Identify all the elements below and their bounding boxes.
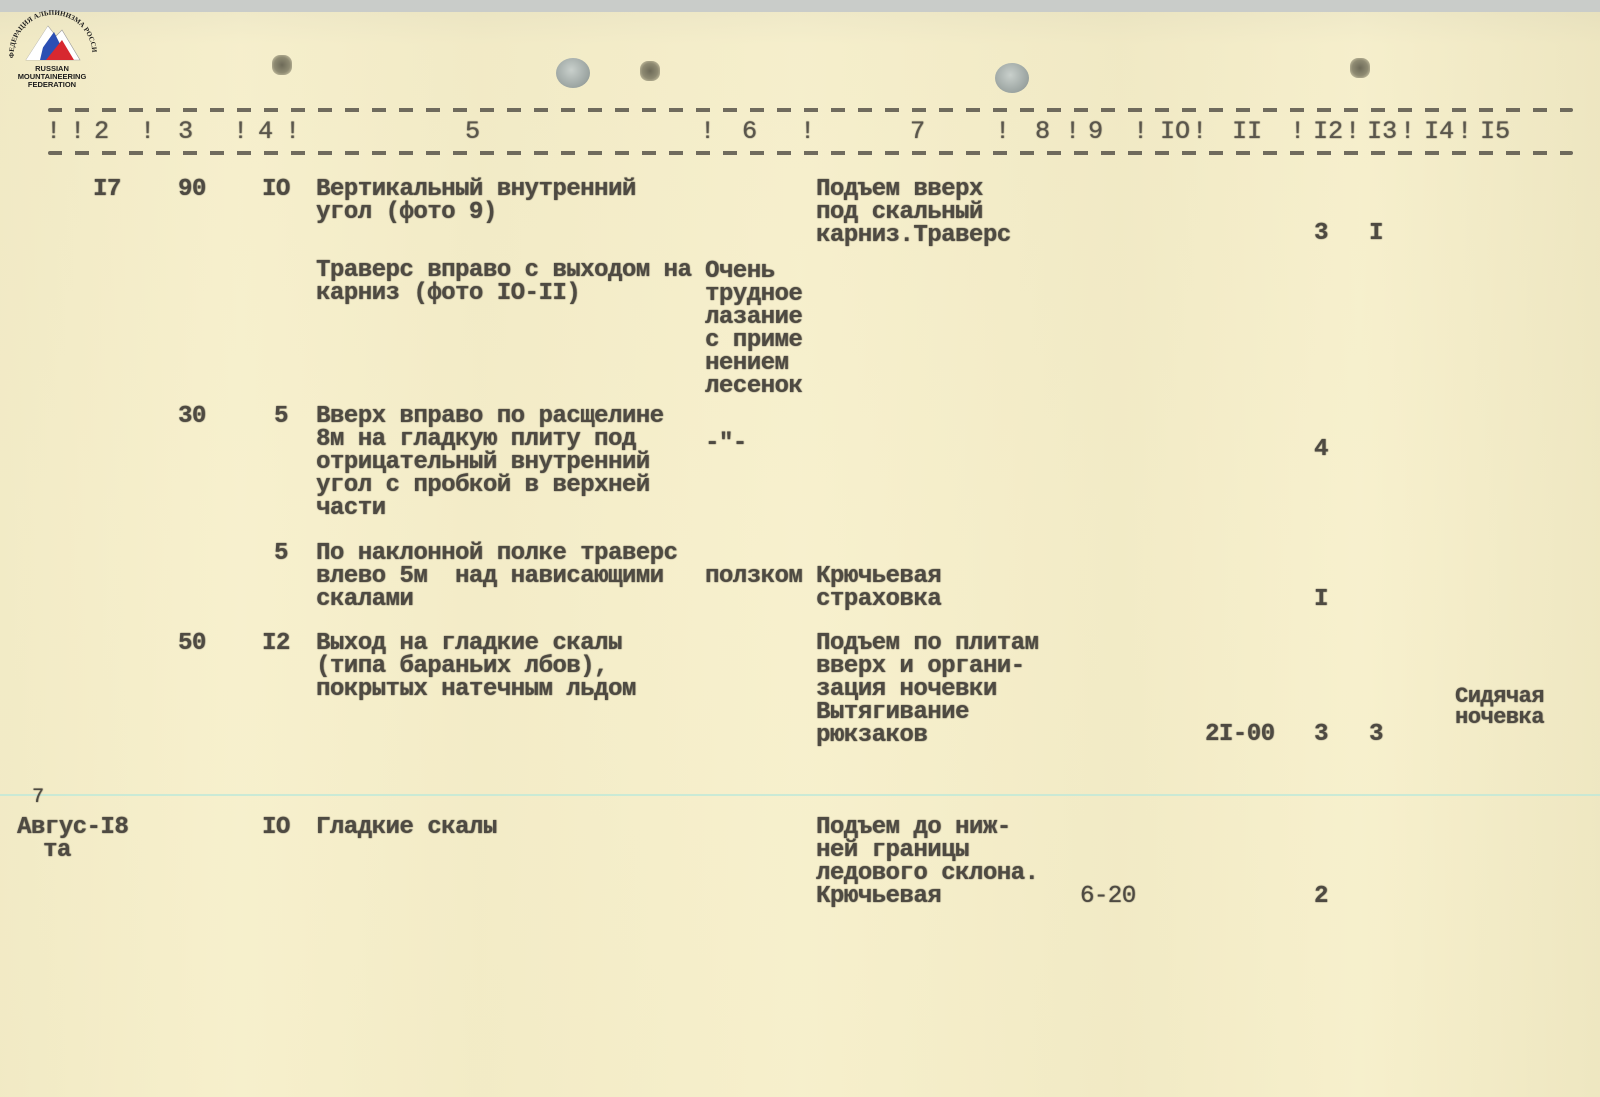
cell-terrain: Вертикальный внутренний угол (фото 9) bbox=[316, 178, 636, 224]
header-col-4: 4 bbox=[258, 120, 273, 143]
header-col-10: IO bbox=[1160, 120, 1190, 143]
cell-col-13: I bbox=[1369, 222, 1383, 245]
handwritten-note: 7 bbox=[32, 786, 44, 809]
header-sep: ! bbox=[1345, 120, 1360, 143]
cell-terrain: По наклонной полке траверс влево 5м над … bbox=[316, 542, 677, 611]
cell-time: 6-20 bbox=[1080, 885, 1136, 908]
header-col-5: 5 bbox=[465, 120, 480, 143]
cell-difficulty: Очень трудное лазание с приме нением лес… bbox=[705, 260, 802, 398]
header-sep: ! bbox=[285, 120, 300, 143]
header-sep: ! bbox=[1400, 120, 1415, 143]
header-col-12: I2 bbox=[1313, 120, 1343, 143]
cell-length: 5 bbox=[274, 542, 288, 565]
cell-length: I2 bbox=[262, 632, 290, 655]
logo-line-3: FEDERATION bbox=[4, 81, 100, 89]
cell-length: IO bbox=[262, 178, 290, 201]
header-col-8: 8 bbox=[1035, 120, 1050, 143]
cell-terrain: Траверс вправо с выходом на карниз (фото… bbox=[316, 259, 691, 305]
cell-col-12: 2 bbox=[1314, 885, 1328, 908]
cell-angle: 90 bbox=[178, 178, 206, 201]
cell-terrain: Гладкие скалы bbox=[316, 816, 497, 839]
cell-length: 5 bbox=[274, 405, 288, 428]
header-rule-bottom bbox=[48, 151, 1573, 155]
cell-section-number: I7 bbox=[93, 178, 121, 201]
header-sep: ! bbox=[995, 120, 1010, 143]
cell-angle: 30 bbox=[178, 405, 206, 428]
header-sep: ! bbox=[1065, 120, 1080, 143]
scan-top-edge bbox=[0, 0, 1600, 12]
cell-col-13: 3 bbox=[1369, 723, 1383, 746]
header-sep: ! bbox=[800, 120, 815, 143]
header-col-11: II bbox=[1232, 120, 1262, 143]
cell-col-12: 4 bbox=[1314, 438, 1328, 461]
cell-difficulty: ползком bbox=[705, 565, 802, 588]
header-col-6: 6 bbox=[742, 120, 757, 143]
header-col-3: 3 bbox=[178, 120, 193, 143]
cell-terrain: Вверх вправо по расщелине 8м на гладкую … bbox=[316, 405, 664, 520]
header-sep: ! bbox=[1457, 120, 1472, 143]
header-col-2: 2 bbox=[94, 120, 109, 143]
cell-col-12: 3 bbox=[1314, 723, 1328, 746]
cell-difficulty-ditto: -"- bbox=[705, 432, 747, 455]
punch-hole bbox=[995, 63, 1029, 93]
cell-technique: Подъем вверх под скальный карниз.Траверс bbox=[816, 178, 1011, 247]
header-col-15: I5 bbox=[1480, 120, 1510, 143]
federation-logo: ФЕДЕРАЦИЯ АЛЬПИНИЗМА РОССИИ RUSSIAN MOUN… bbox=[4, 10, 100, 82]
mountain-flag-icon: ФЕДЕРАЦИЯ АЛЬПИНИЗМА РОССИИ bbox=[4, 10, 100, 66]
header-sep: ! bbox=[140, 120, 155, 143]
cell-technique: Крючьевая страховка bbox=[816, 565, 941, 611]
cell-technique: Подъем до ниж- ней границы ледового скло… bbox=[816, 816, 1038, 908]
header-sep: ! bbox=[70, 120, 85, 143]
header-col-9: 9 bbox=[1088, 120, 1103, 143]
header-col-7: 7 bbox=[910, 120, 925, 143]
cell-length: IO bbox=[262, 816, 290, 839]
cell-terrain: Выход на гладкие скалы (типа бараньих лб… bbox=[316, 632, 636, 701]
header-sep: ! bbox=[46, 120, 61, 143]
header-sep: ! bbox=[1192, 120, 1207, 143]
punch-tear-mark bbox=[640, 61, 660, 81]
header-col-14: I4 bbox=[1424, 120, 1454, 143]
cell-col-12: 3 bbox=[1314, 222, 1328, 245]
cell-technique: Подъем по плитам вверх и органи- зация н… bbox=[816, 632, 1038, 747]
header-sep: ! bbox=[233, 120, 248, 143]
punch-tear-mark bbox=[272, 55, 292, 75]
header-sep: ! bbox=[700, 120, 715, 143]
punch-hole bbox=[556, 58, 590, 88]
cell-date: Авгус-I8 та bbox=[17, 816, 128, 862]
header-sep: ! bbox=[1133, 120, 1148, 143]
cell-bivouac-note: Сидячая ночевка bbox=[1455, 686, 1544, 728]
cell-angle: 50 bbox=[178, 632, 206, 655]
punch-tear-mark bbox=[1350, 58, 1370, 78]
header-col-13: I3 bbox=[1367, 120, 1397, 143]
cell-time: 2I-00 bbox=[1205, 723, 1275, 746]
header-sep: ! bbox=[1290, 120, 1305, 143]
cell-col-12: I bbox=[1314, 588, 1328, 611]
header-rule-top bbox=[48, 108, 1573, 112]
scan-fold-line bbox=[0, 794, 1600, 796]
